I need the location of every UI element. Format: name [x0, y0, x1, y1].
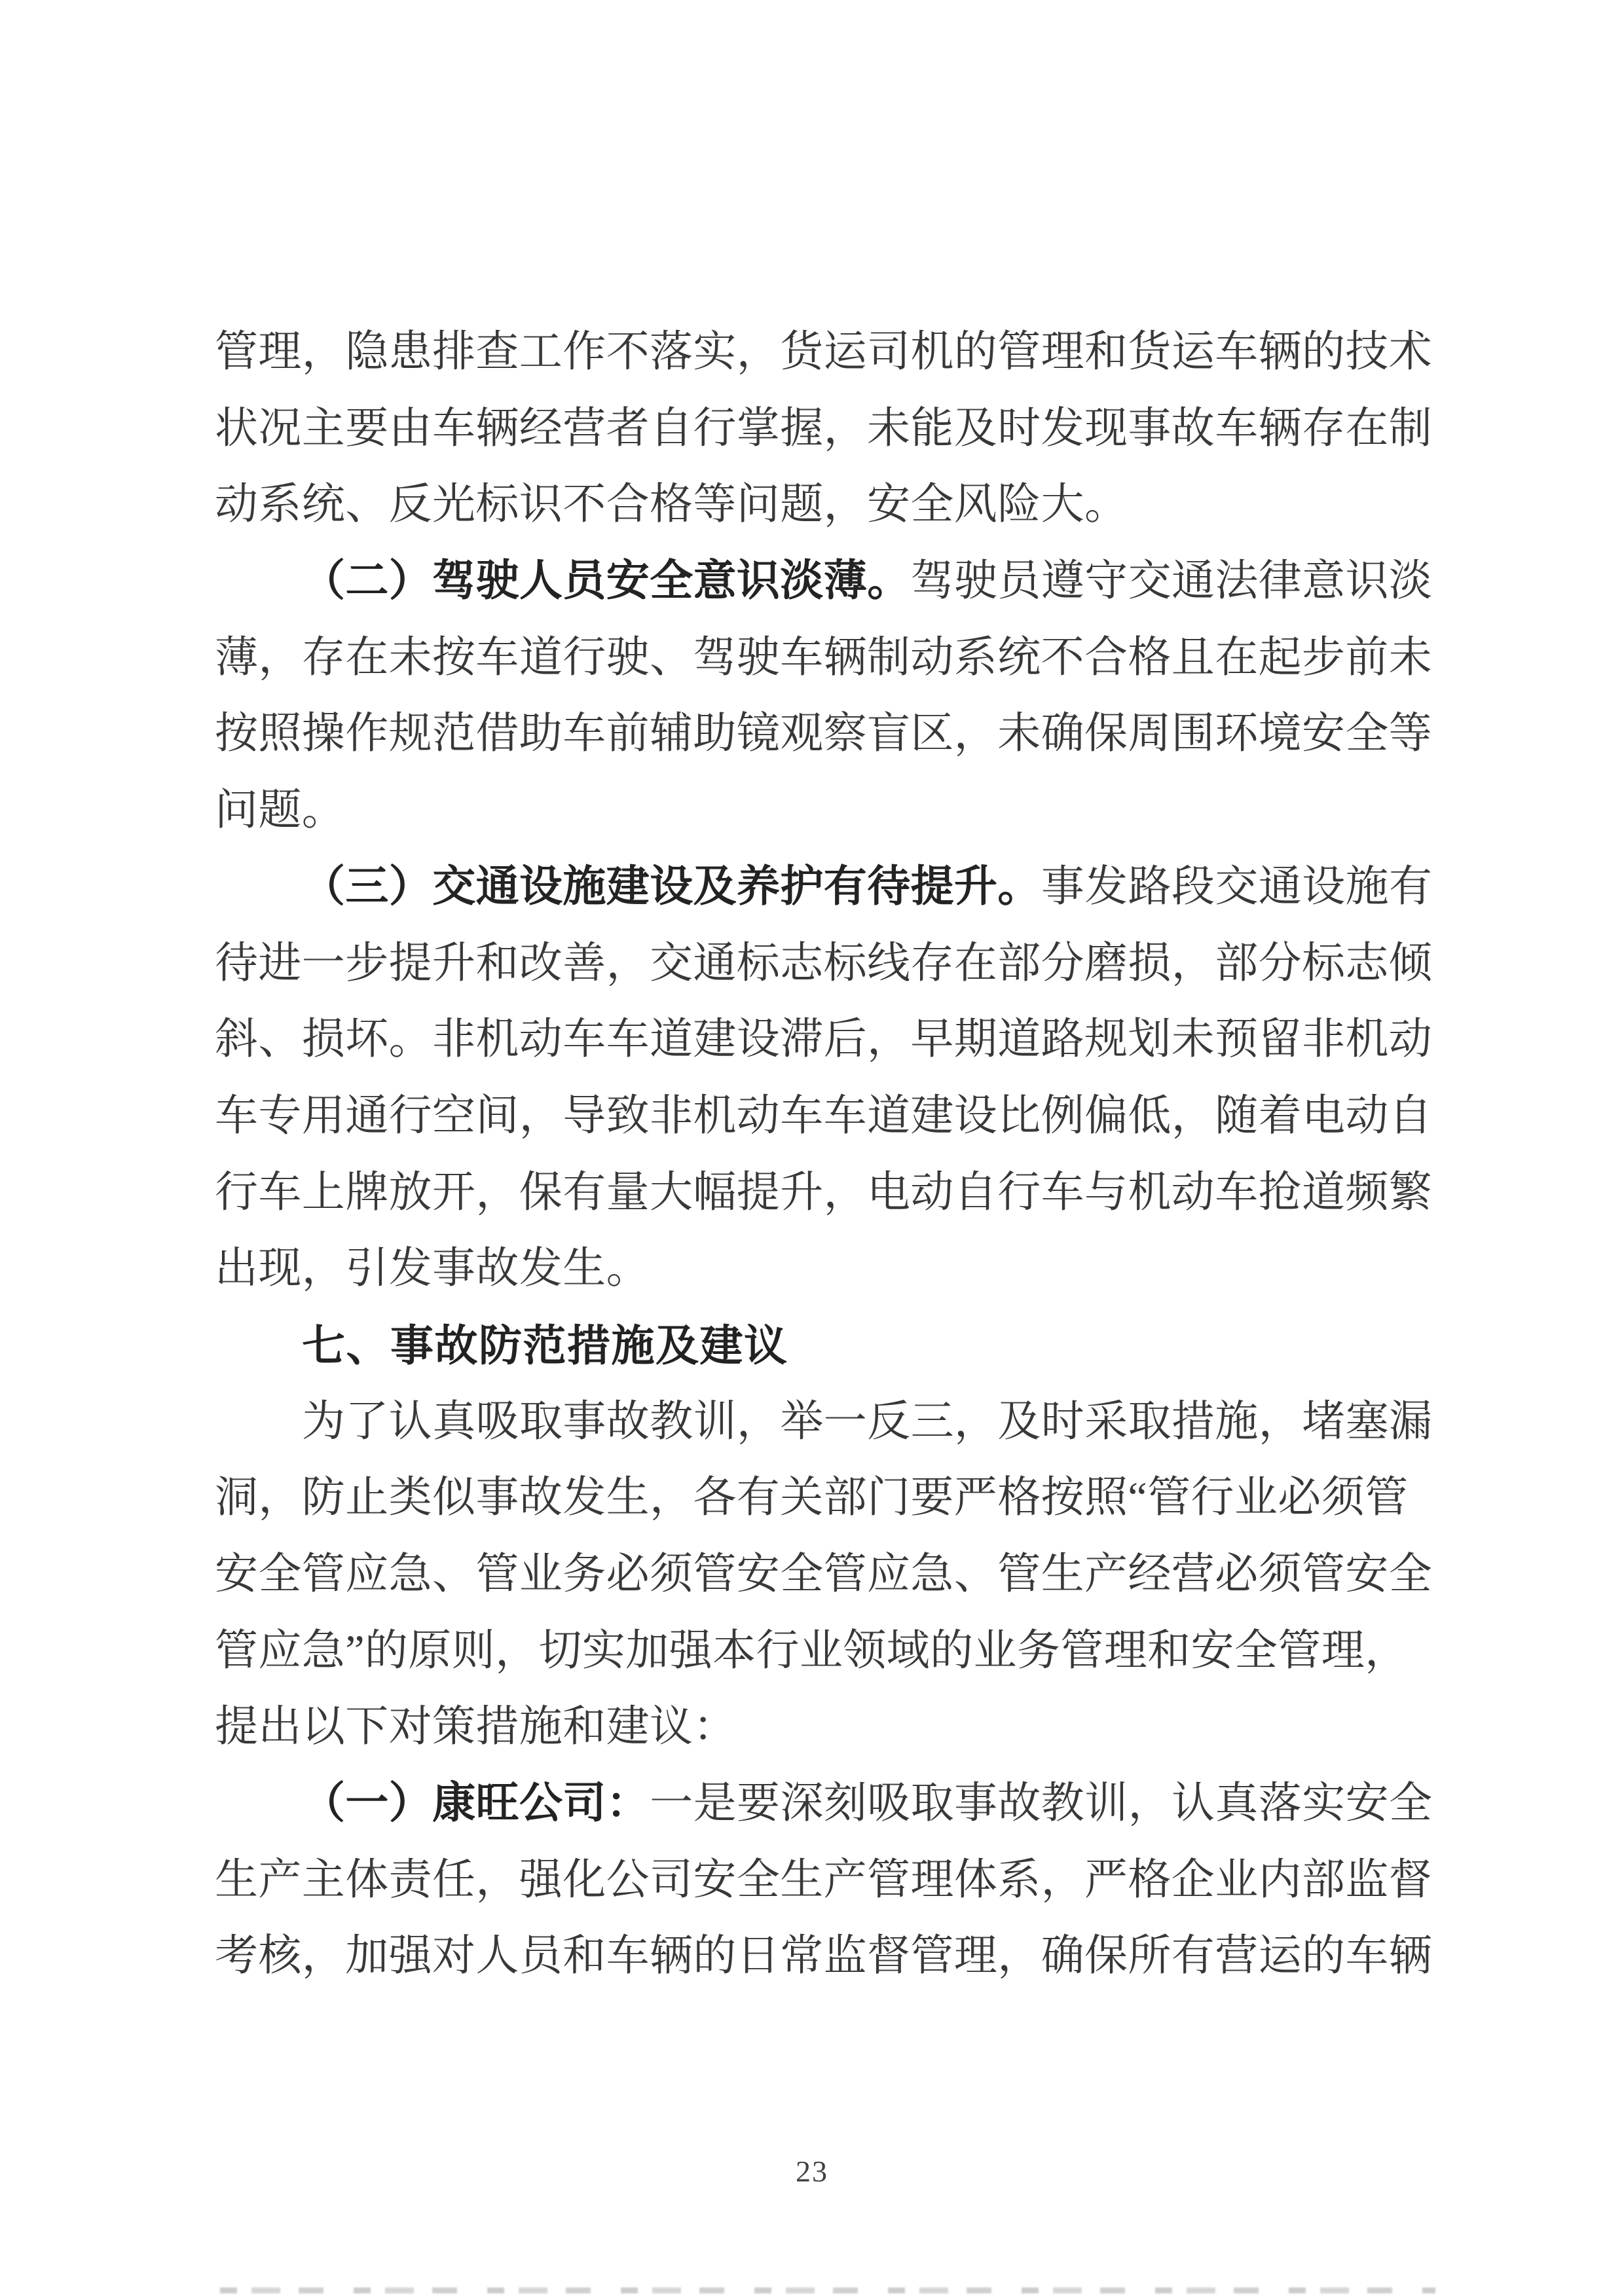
text-line: 行车上牌放开，保有量大幅提升，电动自行车与机动车抢道频繁: [215, 1155, 1434, 1231]
page-number: 23: [0, 2154, 1624, 2189]
text-segment: 待进一步提升和改善，交通标志标线存在部分磨损，部分标志倾: [215, 939, 1432, 987]
text-line: 薄，存在未按车道行驶、驾驶车辆制动系统不合格且在起步前未: [215, 620, 1434, 697]
text-segment: 提出以下对策措施和建议：: [215, 1703, 737, 1751]
text-line: （一）康旺公司：一是要深刻吸取事故教训，认真落实安全: [215, 1766, 1434, 1842]
text-line: 动系统、反光标识不合格等问题，安全风险大。: [215, 467, 1434, 543]
text-line: （二）驾驶人员安全意识淡薄。驾驶员遵守交通法律意识淡: [215, 543, 1434, 620]
text-line: 按照操作规范借助车前辅助镜观察盲区，未确保周围环境安全等: [215, 696, 1434, 773]
text-segment: 洞，防止类似事故发生，各有关部门要严格按照“管行业必须管: [215, 1474, 1409, 1522]
text-segment: 为了认真吸取事故教训，举一反三，及时采取措施，堵塞漏: [302, 1398, 1432, 1446]
text-segment: 按照操作规范借助车前辅助镜观察盲区，未确保周围环境安全等: [215, 710, 1432, 757]
text-segment: 考核，加强对人员和车辆的日常监督管理，确保所有营运的车辆: [215, 1932, 1432, 1980]
text-segment: 管应急”的原则，切实加强本行业领域的业务管理和安全管理，: [215, 1627, 1409, 1675]
text-line: 待进一步提升和改善，交通标志标线存在部分磨损，部分标志倾: [215, 926, 1434, 1002]
text-segment: 车专用通行空间，导致非机动车车道建设比例偏低，随着电动自: [215, 1092, 1432, 1140]
text-segment: 出现，引发事故发生。: [215, 1245, 650, 1292]
scan-artifact-strip: [220, 2287, 1435, 2293]
text-line: 考核，加强对人员和车辆的日常监督管理，确保所有营运的车辆: [215, 1918, 1434, 1995]
text-segment: 状况主要由车辆经营者自行掌握，未能及时发现事故车辆存在制: [215, 405, 1432, 452]
text-line: 车专用通行空间，导致非机动车车道建设比例偏低，随着电动自: [215, 1078, 1434, 1155]
text-segment: 一是要深刻吸取事故教训，认真落实安全: [650, 1779, 1432, 1827]
text-segment: 事发路段交通设施有: [1041, 863, 1433, 911]
text-line: 出现，引发事故发生。: [215, 1231, 1434, 1307]
document-page: 管理，隐患排查工作不落实，货运司机的管理和货运车辆的技术状况主要由车辆经营者自行…: [0, 0, 1624, 2296]
text-line: 管应急”的原则，切实加强本行业领域的业务管理和安全管理，: [215, 1613, 1434, 1690]
section-heading: 七、事故防范措施及建议: [215, 1307, 1434, 1384]
text-line: 洞，防止类似事故发生，各有关部门要严格按照“管行业必须管: [215, 1460, 1434, 1537]
text-line: （三）交通设施建设及养护有待提升。事发路段交通设施有: [215, 849, 1434, 926]
text-line: 状况主要由车辆经营者自行掌握，未能及时发现事故车辆存在制: [215, 391, 1434, 467]
text-line: 安全管应急、管业务必须管安全管应急、管生产经营必须管安全: [215, 1537, 1434, 1613]
text-segment: 七、事故防范措施及建议: [302, 1321, 788, 1370]
text-segment: 行车上牌放开，保有量大幅提升，电动自行车与机动车抢道频繁: [215, 1169, 1432, 1216]
text-segment: 问题。: [215, 786, 345, 834]
text-line: 提出以下对策措施和建议：: [215, 1689, 1434, 1766]
text-segment: 薄，存在未按车道行驶、驾驶车辆制动系统不合格且在起步前未: [215, 634, 1432, 682]
text-segment: 驾驶员遵守交通法律意识淡: [911, 557, 1433, 605]
text-segment: （一）康旺公司：: [302, 1779, 650, 1827]
text-line: 管理，隐患排查工作不落实，货运司机的管理和货运车辆的技术: [215, 314, 1434, 391]
text-segment: 动系统、反光标识不合格等问题，安全风险大。: [215, 481, 1128, 528]
document-body: 管理，隐患排查工作不落实，货运司机的管理和货运车辆的技术状况主要由车辆经营者自行…: [215, 314, 1434, 1995]
text-segment: 安全管应急、管业务必须管安全管应急、管生产经营必须管安全: [215, 1550, 1432, 1598]
text-segment: （三）交通设施建设及养护有待提升。: [302, 863, 1041, 911]
text-line: 为了认真吸取事故教训，举一反三，及时采取措施，堵塞漏: [215, 1384, 1434, 1461]
text-segment: （二）驾驶人员安全意识淡薄。: [302, 557, 911, 605]
text-line: 问题。: [215, 773, 1434, 849]
text-segment: 管理，隐患排查工作不落实，货运司机的管理和货运车辆的技术: [215, 328, 1432, 376]
text-line: 生产主体责任，强化公司安全生产管理体系，严格企业内部监督: [215, 1842, 1434, 1919]
text-segment: 斜、损坏。非机动车车道建设滞后，早期道路规划未预留非机动: [215, 1015, 1432, 1063]
text-line: 斜、损坏。非机动车车道建设滞后，早期道路规划未预留非机动: [215, 1002, 1434, 1078]
text-segment: 生产主体责任，强化公司安全生产管理体系，严格企业内部监督: [215, 1856, 1432, 1904]
